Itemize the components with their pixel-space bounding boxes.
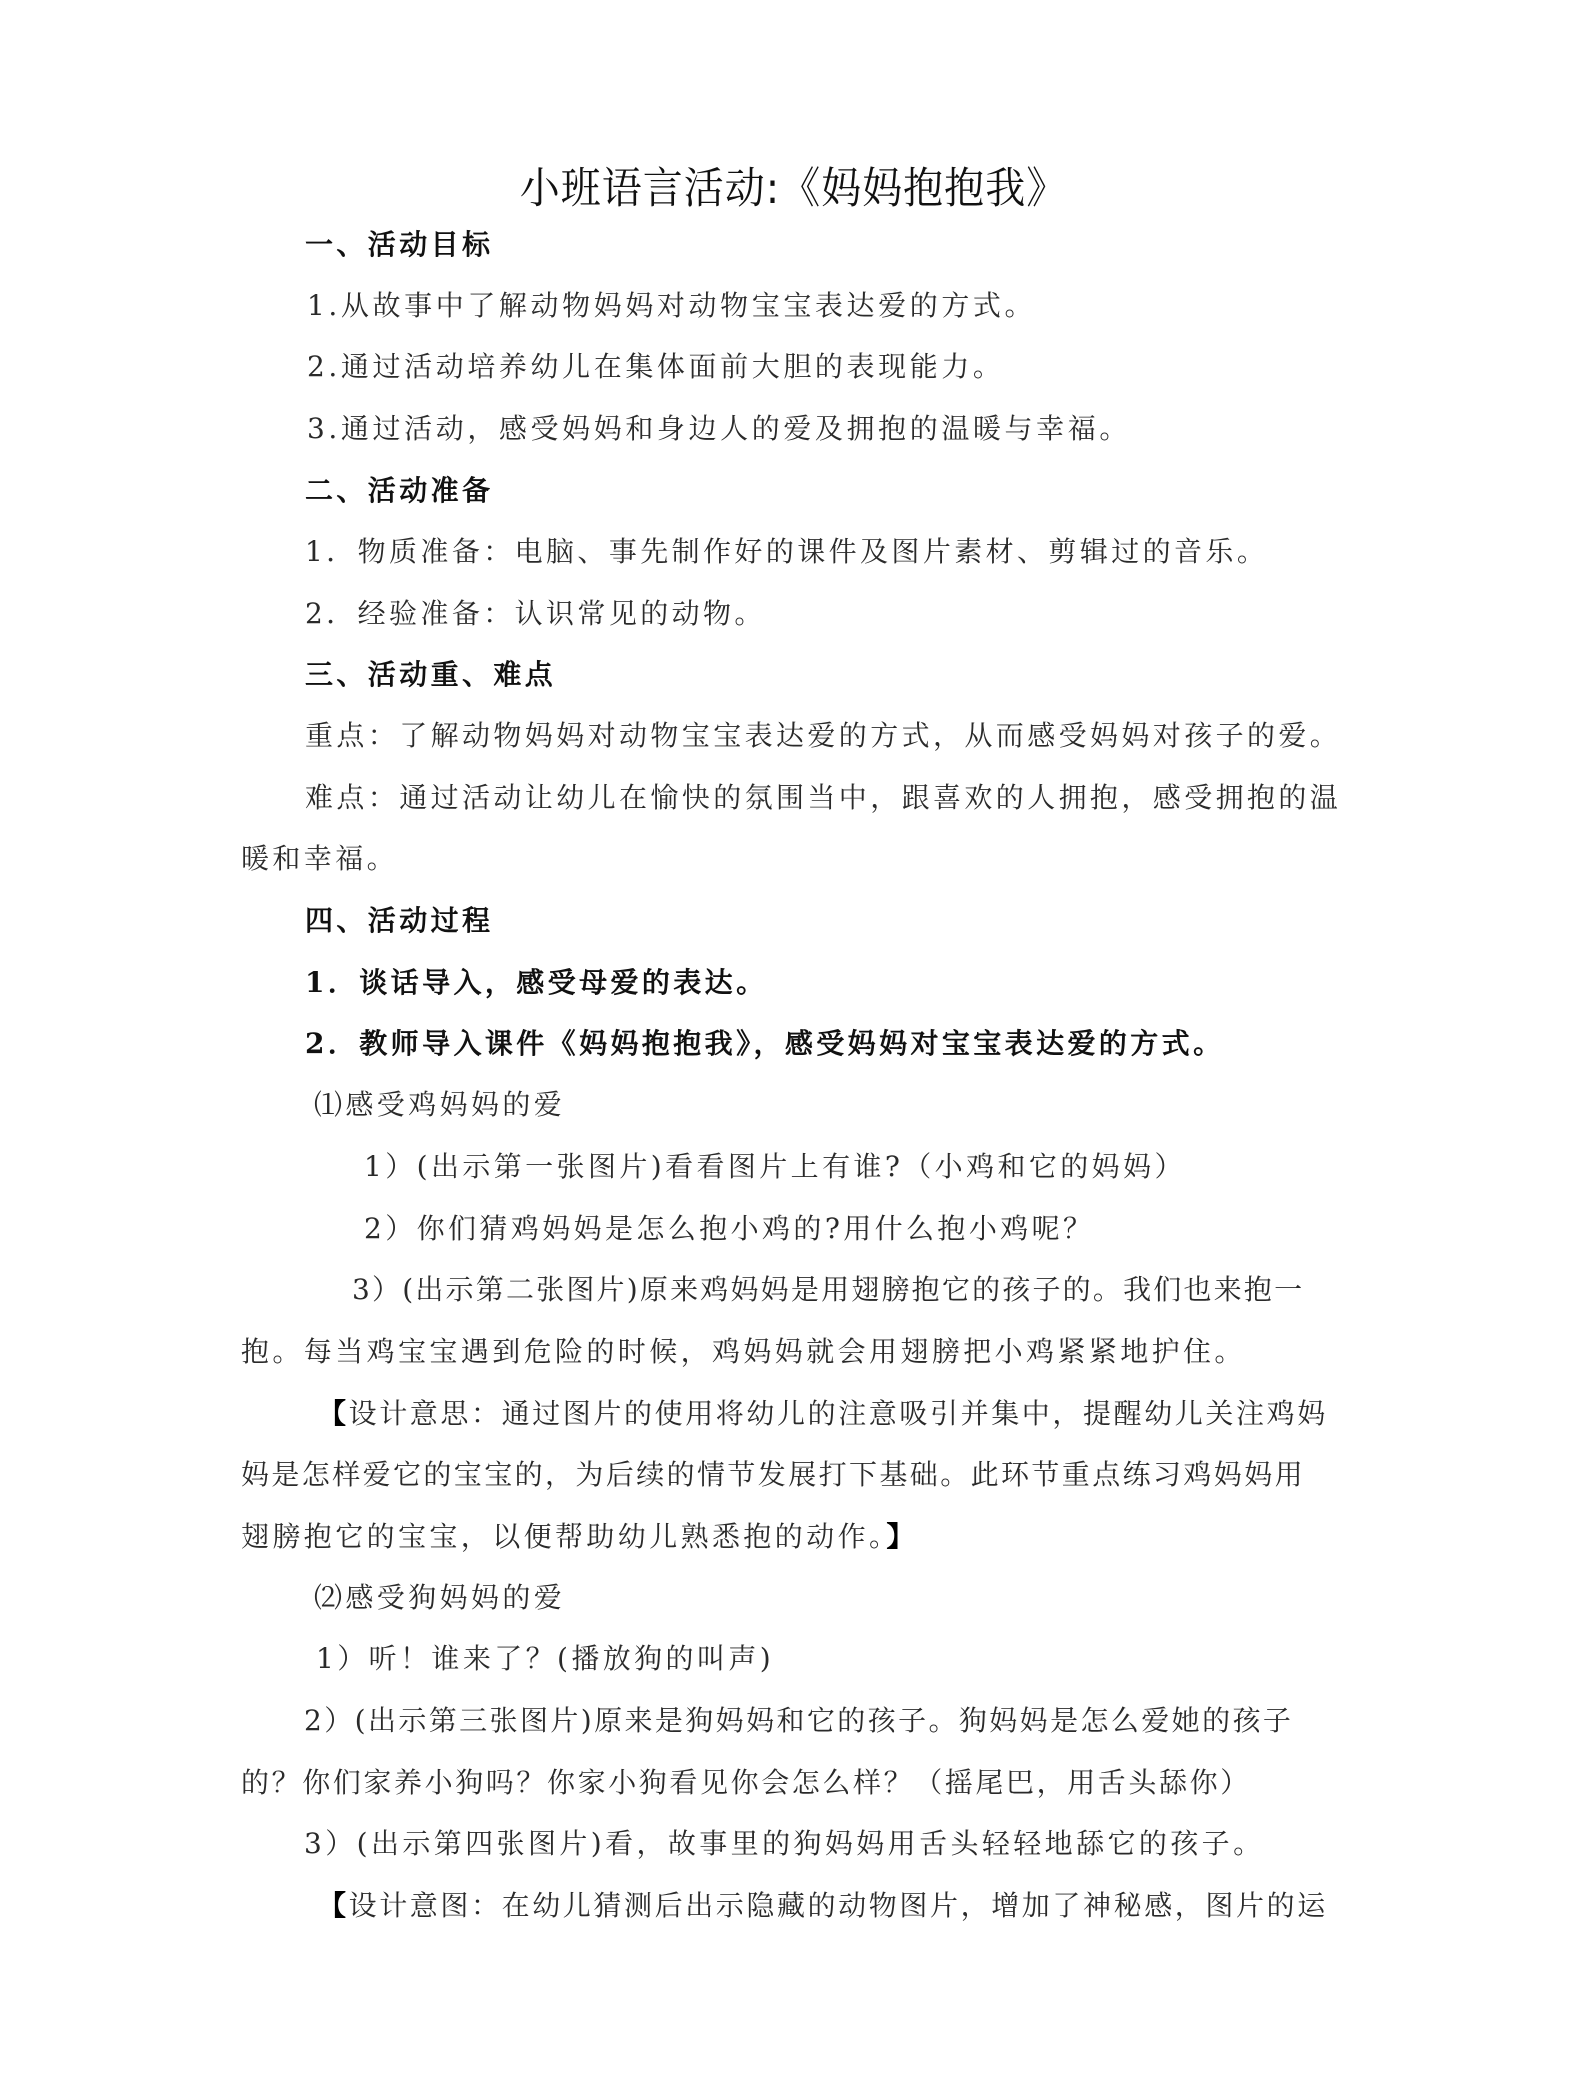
part2-heading: ⑵感受狗妈妈的爱 [314, 1578, 565, 1618]
goal-item-2: 2.通过活动培养幼儿在集体面前大胆的表现能力。 [307, 347, 1005, 387]
part2-question-2-line-1: 2）(出示第三张图片)原来是狗妈妈和它的孩子。狗妈妈是怎么爱她的孩子 [304, 1701, 1293, 1741]
document-title: 小班语言活动:《妈妈抱抱我》 [0, 158, 1587, 221]
document-page: 小班语言活动:《妈妈抱抱我》 一、活动目标 1.从故事中了解动物妈妈对动物宝宝表… [0, 0, 1587, 2098]
design-note-text: 设计意思：通过图片的使用将幼儿的注意吸引并集中，提醒幼儿关注鸡妈 [349, 1397, 1328, 1430]
part1-design-note-line-3: 翅膀抱它的宝宝，以便帮助幼儿熟悉抱的动作。】 [241, 1517, 918, 1557]
design-note-text: 设计意图：在幼儿猜测后出示隐藏的动物图片，增加了神秘感，图片的运 [349, 1889, 1328, 1922]
part1-design-note-line-1: 【设计意思：通过图片的使用将幼儿的注意吸引并集中，提醒幼儿关注鸡妈 [318, 1394, 1328, 1434]
part1-heading: ⑴感受鸡妈妈的爱 [314, 1085, 565, 1125]
part1-question-2: 2）你们猜鸡妈妈是怎么抱小鸡的?用什么抱小鸡呢？ [364, 1209, 1094, 1249]
close-bracket: 】 [886, 1520, 917, 1553]
part2-question-2-line-2: 的？你们家养小狗吗？你家小狗看见你会怎么样？（摇尾巴，用舌头舔你） [241, 1763, 1251, 1803]
part1-question-3-line-1: 3）(出示第二张图片)原来鸡妈妈是用翅膀抱它的孩子的。我们也来抱一 [352, 1270, 1304, 1310]
open-bracket: 【 [318, 1397, 349, 1430]
goal-item-3: 3.通过活动，感受妈妈和身边人的爱及拥抱的温暖与幸福。 [307, 409, 1131, 449]
part1-question-3-line-2: 抱。每当鸡宝宝遇到危险的时候，鸡妈妈就会用翅膀把小鸡紧紧地护住。 [241, 1332, 1246, 1372]
section-heading-goals: 一、活动目标 [305, 225, 493, 265]
part2-question-1: 1）听！谁来了？(播放狗的叫声) [316, 1639, 774, 1679]
part1-design-note-line-2: 妈是怎样爱它的宝宝的，为后续的情节发展打下基础。此环节重点练习鸡妈妈用 [241, 1455, 1305, 1495]
preparation-item-2: 2．经验准备：认识常见的动物。 [305, 594, 766, 634]
open-bracket: 【 [318, 1889, 349, 1922]
key-point-text: 重点：了解动物妈妈对动物宝宝表达爱的方式，从而感受妈妈对孩子的爱。 [305, 716, 1341, 756]
part2-design-note-line-1: 【设计意图：在幼儿猜测后出示隐藏的动物图片，增加了神秘感，图片的运 [318, 1886, 1328, 1926]
section-heading-key-points: 三、活动重、难点 [305, 655, 556, 695]
part2-question-3: 3）(出示第四张图片)看，故事里的狗妈妈用舌头轻轻地舔它的孩子。 [304, 1824, 1264, 1864]
process-step-2: 2．教师导入课件《妈妈抱抱我》，感受妈妈对宝宝表达爱的方式。 [305, 1024, 1225, 1064]
section-heading-preparation: 二、活动准备 [305, 471, 493, 511]
section-heading-process: 四、活动过程 [305, 901, 493, 941]
design-note-text: 翅膀抱它的宝宝，以便帮助幼儿熟悉抱的动作。 [241, 1520, 886, 1553]
preparation-item-1: 1．物质准备：电脑、事先制作好的课件及图片素材、剪辑过的音乐。 [305, 532, 1268, 572]
difficult-point-line-1: 难点：通过活动让幼儿在愉快的氛围当中，跟喜欢的人拥抱，感受拥抱的温 [305, 778, 1341, 818]
goal-item-1: 1.从故事中了解动物妈妈对动物宝宝表达爱的方式。 [307, 286, 1036, 326]
part1-question-1: 1）(出示第一张图片)看看图片上有谁?（小鸡和它的妈妈） [364, 1147, 1186, 1187]
difficult-point-line-2: 暖和幸福。 [241, 839, 398, 879]
process-step-1: 1．谈话导入，感受母爱的表达。 [305, 963, 767, 1003]
